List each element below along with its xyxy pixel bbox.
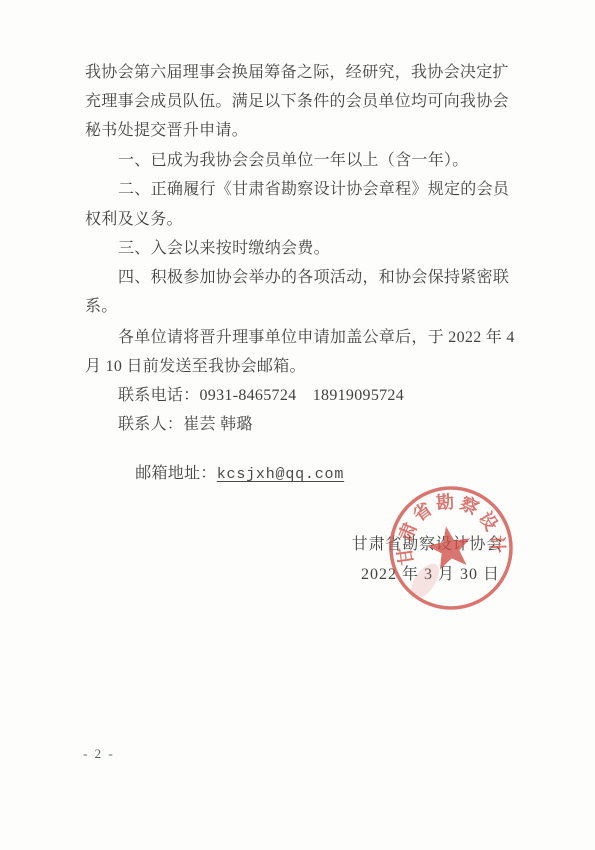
list-item-4: 四、积极参加协会举办的各项活动，和协会保持紧密联 — [118, 268, 509, 288]
page-number: - 2 - — [83, 746, 115, 762]
seal-ink-smudge — [405, 559, 444, 603]
contact-phone-line: 联系电话：0931-8465724 18919095724 — [118, 386, 404, 406]
list-item-4-continued: 系。 — [85, 297, 118, 317]
list-item-3: 三、入会以来按时缴纳会费。 — [118, 239, 330, 259]
email-label: 邮箱地址： — [135, 465, 217, 482]
contact-email-line: 邮箱地址：kcsjxh@qq.com — [118, 444, 344, 505]
list-item-2-continued: 权利及义务。 — [85, 210, 183, 230]
body-line-2: 充理事会成员队伍。满足以下条件的会员单位均可向我协会 — [85, 92, 509, 112]
deadline-line-2: 月 10 日前发送至我协会邮箱。 — [85, 357, 306, 377]
contact-person-line: 联系人：崔芸 韩璐 — [118, 415, 253, 435]
list-item-2: 二、正确履行《甘肃省勘察设计协会章程》规定的会员 — [118, 180, 509, 200]
official-seal-stamp: 甘肃省勘察设计协会 — [385, 483, 517, 615]
list-item-1: 一、已成为我协会会员单位一年以上（含一年）。 — [118, 151, 469, 171]
document-page: 我协会第六届理事会换届筹备之际，经研究，我协会决定扩 充理事会成员队伍。满足以下… — [0, 0, 595, 850]
email-address-link[interactable]: kcsjxh@qq.com — [217, 466, 344, 483]
deadline-line-1: 各单位请将晋升理事单位申请加盖公章后，于 2022 年 4 — [118, 328, 515, 348]
body-line-3: 秘书处提交晋升申请。 — [85, 121, 248, 141]
body-line-1: 我协会第六届理事会换届筹备之际，经研究，我协会决定扩 — [85, 63, 509, 83]
